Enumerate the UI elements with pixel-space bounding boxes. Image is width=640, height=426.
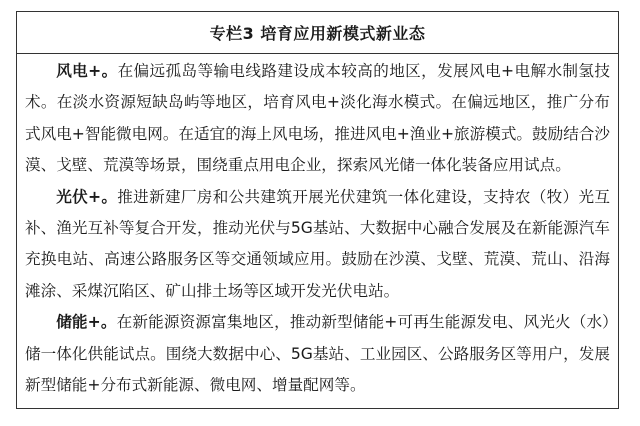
section-heading: 储能+。 — [56, 313, 116, 331]
column-title: 专栏3 培育应用新模式新业态 — [210, 21, 426, 44]
section-heading: 光伏+。 — [56, 188, 117, 206]
column-box: 专栏3 培育应用新模式新业态 风电+。在偏远孤岛等输电线路建设成本较高的地区，发… — [16, 11, 619, 409]
section-storage: 储能+。在新能源资源富集地区，推动新型储能+可再生能源发电、风光火（水）储一体化… — [25, 307, 610, 401]
column-content: 风电+。在偏远孤岛等输电线路建设成本较高的地区，发展风电+电解水制氢技术。在淡水… — [17, 54, 618, 401]
section-wind: 风电+。在偏远孤岛等输电线路建设成本较高的地区，发展风电+电解水制氢技术。在淡水… — [25, 56, 610, 182]
column-header: 专栏3 培育应用新模式新业态 — [17, 12, 618, 54]
section-heading: 风电+。 — [56, 62, 117, 80]
section-solar: 光伏+。推进新建厂房和公共建筑开展光伏建筑一体化建设，支持农（牧）光互补、渔光互… — [25, 182, 610, 308]
